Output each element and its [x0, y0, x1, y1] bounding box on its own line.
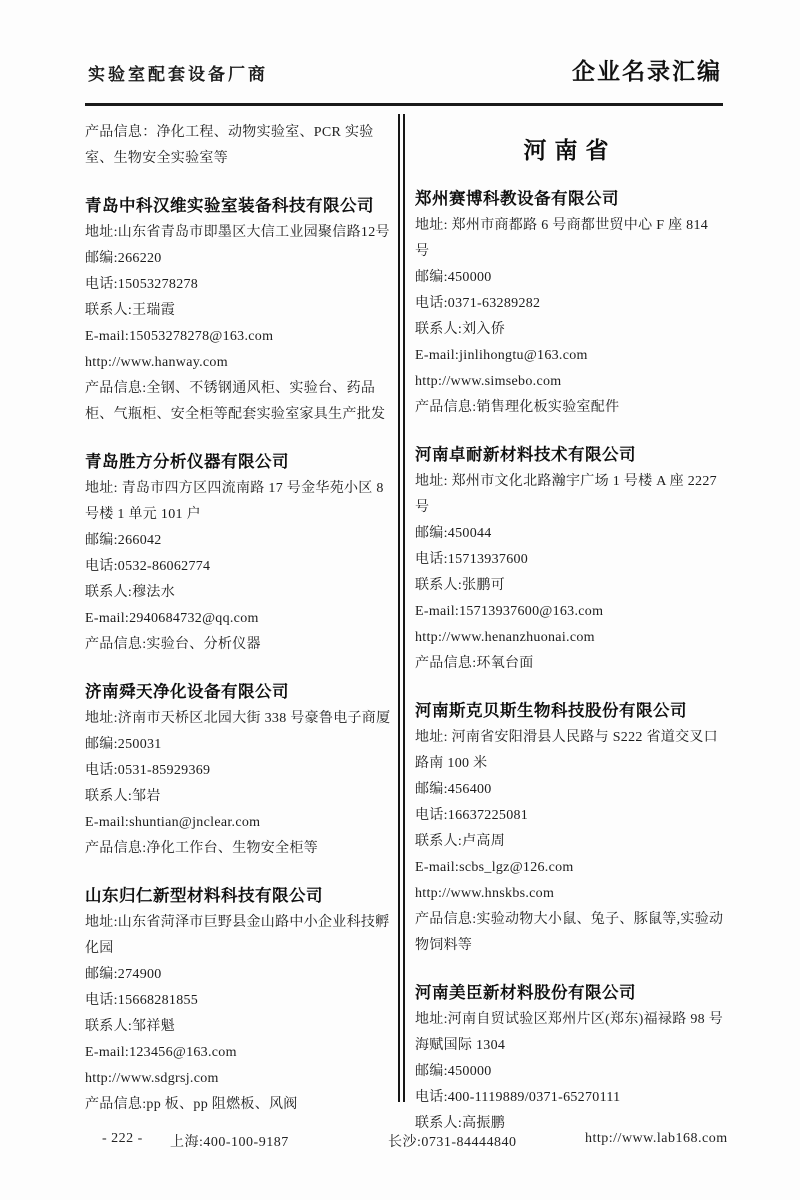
- company-postal-code: 邮编:266220: [85, 246, 391, 272]
- page-header-section-title: 实验室配套设备厂商: [88, 60, 268, 85]
- company-address: 地址: 青岛市四方区四流南路 17 号金华苑小区 8 号楼 1 单元 101 户: [85, 476, 391, 528]
- company-email: E-mail:15713937600@163.com: [415, 599, 725, 625]
- company-phone: 电话:0532-86062774: [85, 554, 391, 580]
- company-email: E-mail:15053278278@163.com: [85, 324, 391, 350]
- company-email: E-mail:shuntian@jnclear.com: [85, 810, 391, 836]
- header-rule: [85, 103, 723, 106]
- company-name: 河南卓耐新材料技术有限公司: [415, 442, 725, 468]
- company-address: 地址: 郑州市文化北路瀚宇广场 1 号楼 A 座 2227 号: [415, 469, 725, 521]
- continued-products-line: 产品信息：净化工程、动物实验室、PCR 实验室、生物安全实验室等: [85, 120, 391, 172]
- directory-page: 实验室配套设备厂商 企业名录汇编 产品信息：净化工程、动物实验室、PCR 实验室…: [0, 0, 800, 1200]
- company-listing: 河南斯克贝斯生物科技股份有限公司 地址: 河南省安阳滑县人民路与 S222 省道…: [415, 698, 725, 959]
- company-contact: 联系人:穆法水: [85, 580, 391, 606]
- company-email: E-mail:123456@163.com: [85, 1040, 391, 1066]
- company-postal-code: 邮编:250031: [85, 732, 391, 758]
- company-name: 郑州赛博科教设备有限公司: [415, 186, 725, 212]
- company-contact: 联系人:邹祥魁: [85, 1014, 391, 1040]
- company-postal-code: 邮编:450000: [415, 1059, 725, 1085]
- company-website: http://www.hnskbs.com: [415, 881, 725, 907]
- footer-shanghai-phone: 上海:400-100-9187: [170, 1131, 289, 1151]
- company-phone: 电话:15053278278: [85, 272, 391, 298]
- company-website: http://www.simsebo.com: [415, 369, 725, 395]
- page-header-book-title: 企业名录汇编: [572, 53, 722, 86]
- footer-website-url: http://www.lab168.com: [585, 1131, 728, 1147]
- right-column: 河南省 郑州赛博科教设备有限公司 地址: 郑州市商都路 6 号商都世贸中心 F …: [415, 116, 725, 1137]
- company-address: 地址: 河南省安阳滑县人民路与 S222 省道交叉口路南 100 米: [415, 725, 725, 777]
- company-contact: 联系人:卢高周: [415, 829, 725, 855]
- company-name: 山东归仁新型材料科技有限公司: [85, 883, 391, 909]
- company-address: 地址:济南市天桥区北园大街 338 号豪鲁电子商厦: [85, 706, 391, 732]
- company-email: E-mail:jinlihongtu@163.com: [415, 343, 725, 369]
- company-listing: 河南卓耐新材料技术有限公司 地址: 郑州市文化北路瀚宇广场 1 号楼 A 座 2…: [415, 442, 725, 677]
- company-phone: 电话:16637225081: [415, 803, 725, 829]
- company-email: E-mail:2940684732@qq.com: [85, 606, 391, 632]
- company-products: 产品信息:实验动物大小鼠、兔子、豚鼠等,实验动物饲料等: [415, 907, 725, 959]
- left-column: 产品信息：净化工程、动物实验室、PCR 实验室、生物安全实验室等 青岛中科汉维实…: [85, 120, 391, 1118]
- company-website: http://www.hanway.com: [85, 350, 391, 376]
- company-email: E-mail:scbs_lgz@126.com: [415, 855, 725, 881]
- company-phone: 电话:15668281855: [85, 988, 391, 1014]
- company-name: 河南斯克贝斯生物科技股份有限公司: [415, 698, 725, 724]
- company-name: 青岛胜方分析仪器有限公司: [85, 449, 391, 475]
- company-name: 济南舜天净化设备有限公司: [85, 679, 391, 705]
- company-products: 产品信息:净化工作台、生物安全柜等: [85, 836, 391, 862]
- company-phone: 电话:15713937600: [415, 547, 725, 573]
- content-columns: 产品信息：净化工程、动物实验室、PCR 实验室、生物安全实验室等 青岛中科汉维实…: [85, 116, 725, 1116]
- company-postal-code: 邮编:274900: [85, 962, 391, 988]
- company-address: 地址:山东省菏泽市巨野县金山路中小企业科技孵化园: [85, 910, 391, 962]
- company-phone: 电话:400-1119889/0371-65270111: [415, 1085, 725, 1111]
- company-listing: 青岛胜方分析仪器有限公司 地址: 青岛市四方区四流南路 17 号金华苑小区 8 …: [85, 449, 391, 658]
- company-products: 产品信息:实验台、分析仪器: [85, 632, 391, 658]
- company-products: 产品信息:销售理化板实验室配件: [415, 395, 725, 421]
- company-contact: 联系人:邹岩: [85, 784, 391, 810]
- company-listing: 济南舜天净化设备有限公司 地址:济南市天桥区北园大街 338 号豪鲁电子商厦 邮…: [85, 679, 391, 862]
- company-phone: 电话:0531-85929369: [85, 758, 391, 784]
- company-address: 地址:河南自贸试验区郑州片区(郑东)福禄路 98 号海赋国际 1304: [415, 1007, 725, 1059]
- company-products: 产品信息:全钢、不锈钢通风柜、实验台、药品柜、气瓶柜、安全柜等配套实验室家具生产…: [85, 376, 391, 428]
- company-postal-code: 邮编:266042: [85, 528, 391, 554]
- page-number: - 222 -: [102, 1131, 143, 1147]
- company-listing: 山东归仁新型材料科技有限公司 地址:山东省菏泽市巨野县金山路中小企业科技孵化园 …: [85, 883, 391, 1118]
- company-listing: 青岛中科汉维实验室装备科技有限公司 地址:山东省青岛市即墨区大信工业园聚信路12…: [85, 193, 391, 428]
- company-products: 产品信息:环氧台面: [415, 651, 725, 677]
- company-address: 地址: 郑州市商都路 6 号商都世贸中心 F 座 814 号: [415, 213, 725, 265]
- company-products: 产品信息:pp 板、pp 阻燃板、风阀: [85, 1092, 391, 1118]
- company-listing: 河南美臣新材料股份有限公司 地址:河南自贸试验区郑州片区(郑东)福禄路 98 号…: [415, 980, 725, 1137]
- company-name: 河南美臣新材料股份有限公司: [415, 980, 725, 1006]
- company-listing: 郑州赛博科教设备有限公司 地址: 郑州市商都路 6 号商都世贸中心 F 座 81…: [415, 186, 725, 421]
- company-website: http://www.henanzhuonai.com: [415, 625, 725, 651]
- company-name: 青岛中科汉维实验室装备科技有限公司: [85, 193, 391, 219]
- company-website: http://www.sdgrsj.com: [85, 1066, 391, 1092]
- company-contact: 联系人:王瑞霞: [85, 298, 391, 324]
- company-phone: 电话:0371-63289282: [415, 291, 725, 317]
- company-contact: 联系人:张鹏可: [415, 573, 725, 599]
- province-section-title: 河南省: [415, 132, 725, 165]
- footer-changsha-phone: 长沙:0731-84444840: [388, 1131, 517, 1151]
- company-contact: 联系人:刘入侨: [415, 317, 725, 343]
- company-address: 地址:山东省青岛市即墨区大信工业园聚信路12号: [85, 220, 391, 246]
- company-postal-code: 邮编:450000: [415, 265, 725, 291]
- company-postal-code: 邮编:456400: [415, 777, 725, 803]
- column-divider-rule: [398, 114, 405, 1102]
- company-postal-code: 邮编:450044: [415, 521, 725, 547]
